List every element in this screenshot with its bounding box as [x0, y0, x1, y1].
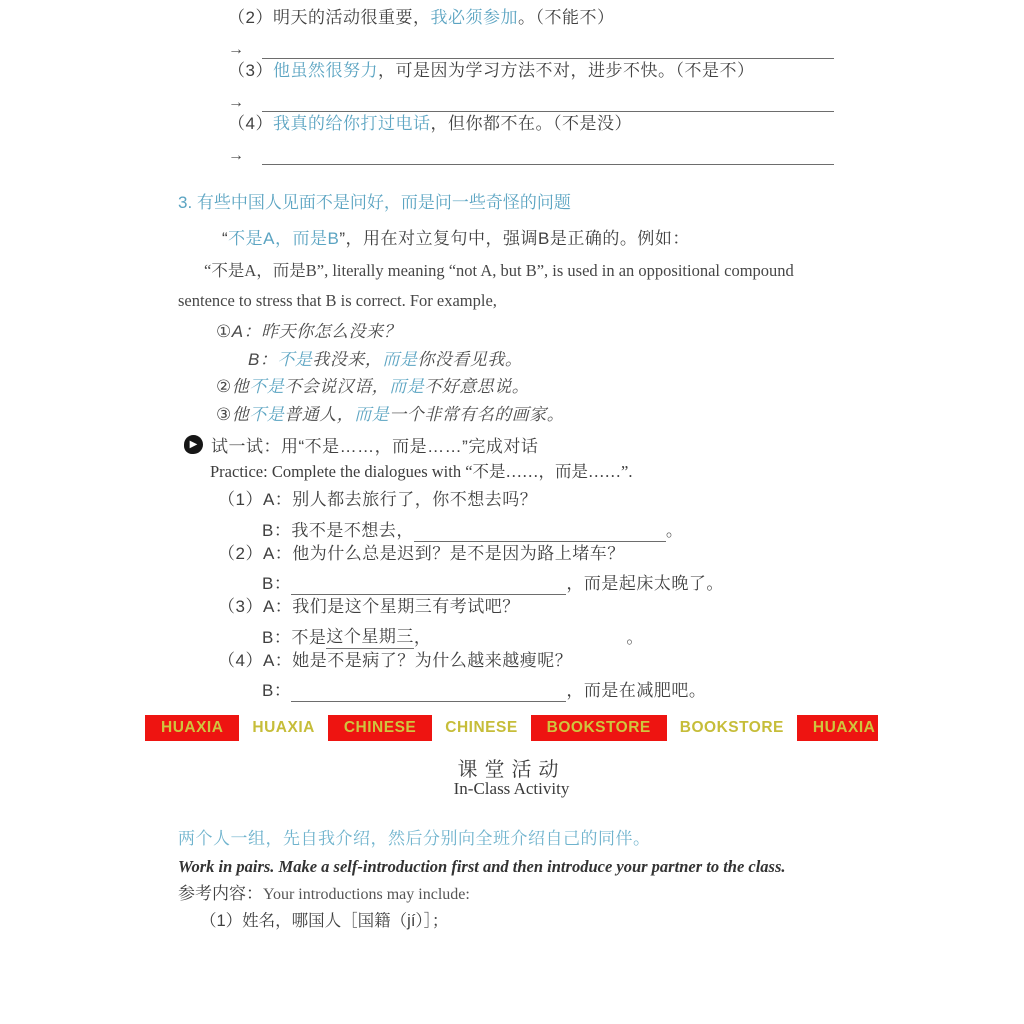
explanation-text: ，用在对立复句中，强调B是正确的。例如：: [346, 229, 690, 248]
answer-blank-row: →: [228, 33, 834, 59]
answer-line: [262, 38, 834, 59]
activity-reference-row: 参考内容：Your introductions may include:: [178, 881, 878, 909]
example-text: 普通人，: [284, 405, 354, 424]
exercise-item: （2）明天的活动很重要，我必须参加。（不能不）: [228, 6, 834, 33]
item-label: （2）: [228, 8, 273, 27]
example-text: 不好意思说。: [424, 377, 529, 396]
answer-text: ，而是起床太晚了。: [566, 573, 724, 595]
dialogue-answer: B：，而是起床太晚了。: [262, 568, 834, 595]
answer-text: B：: [262, 680, 291, 702]
pattern-highlight: 不是: [277, 350, 312, 369]
dialogue-question: （4）A：她是不是病了？为什么越来越瘦呢？: [218, 649, 834, 676]
practice-title-row: ▶ 试一试：用“不是……，而是……”完成对话: [184, 430, 834, 459]
textbook-page-scan: { "colors": { "accent_blue": "#5ba4c2", …: [0, 0, 1024, 1024]
pattern-highlight: 不是: [249, 405, 284, 424]
example-list: ①A：昨天你怎么没来？ B：不是我没来，而是你没看见我。 ②他不是不会说汉语，而…: [178, 320, 846, 430]
example-line: ②他不是不会说汉语，而是不好意思说。: [216, 375, 846, 403]
watermark-item: HUAXIA: [145, 715, 239, 741]
watermark-item: BOOKSTORE: [531, 715, 667, 741]
dialogue-question: （2）A：他为什么总是迟到？是不是因为路上堵车？: [218, 542, 834, 569]
answer-line: [262, 91, 834, 112]
answer-text: B：不是: [262, 627, 326, 649]
answer-text: B：: [262, 573, 291, 595]
reference-label: 参考内容：: [178, 884, 263, 903]
dialogue-answer: B：不是这个星期三，。: [262, 622, 834, 649]
dialogue-question: （3）A：我们是这个星期三有考试吧？: [218, 595, 834, 622]
grammar-explanation-en: “不是A，而是B”, literally meaning “not A, but…: [178, 256, 846, 286]
grammar-point-section: 3. 有些中国人见面不是问好，而是问一些奇怪的问题 “不是A，而是B”，用在对立…: [178, 192, 846, 430]
arrow-icon: →: [228, 94, 262, 112]
activity-title-cn: 课堂活动: [145, 753, 878, 779]
watermark-band: HUAXIA HUAXIA CHINESE CHINESE BOOKSTORE …: [145, 713, 878, 742]
practice-title-cn: 试一试：用“不是……，而是……”完成对话: [211, 432, 538, 457]
exercise-item: （3）他虽然很努力，可是因为学习方法不对，进步不快。（不是不）: [228, 59, 834, 86]
activity-point: （1）姓名，哪国人［国籍（jí）］；: [200, 909, 878, 937]
example-text: ③他: [216, 405, 249, 424]
watermark-item: HUAXIA: [797, 715, 878, 741]
item-highlight: 我必须参加: [430, 8, 518, 27]
pattern-highlight: 不是A，而是B: [228, 229, 339, 248]
watermark-item: CHINESE: [445, 719, 517, 737]
answer-text: ，而是在减肥吧。: [566, 680, 706, 702]
activity-section: 两个人一组，先自我介绍，然后分别向全班介绍自己的同伴。 Work in pair…: [178, 826, 878, 936]
answer-blank-row: →: [228, 86, 834, 112]
reference-text-en: Your introductions may include:: [263, 886, 470, 903]
activity-title-en: In-Class Activity: [145, 779, 878, 803]
exercise-item: （4）我真的给你打过电话，但你都不在。（不是没）: [228, 112, 834, 139]
answer-line: [291, 574, 566, 595]
activity-heading: 课堂活动 In-Class Activity: [145, 753, 878, 803]
activity-instruction-cn: 两个人一组，先自我介绍，然后分别向全班介绍自己的同伴。: [178, 826, 878, 854]
answer-text: 。: [666, 520, 684, 542]
grammar-point-title: 3. 有些中国人见面不是问好，而是问一些奇怪的问题: [178, 192, 846, 226]
example-text: ②他: [216, 377, 249, 396]
dialogue-question: （1）A：别人都去旅行了，你不想去吗？: [218, 488, 834, 515]
grammar-explanation-en: sentence to stress that B is correct. Fo…: [178, 286, 846, 316]
example-line: ③他不是普通人，而是一个非常有名的画家。: [216, 403, 846, 431]
example-line: ①A：昨天你怎么没来？: [216, 320, 846, 348]
practice-section: ▶ 试一试：用“不是……，而是……”完成对话 Practice: Complet…: [184, 430, 834, 702]
item-text: 明天的活动很重要，: [273, 8, 431, 27]
grammar-explanation-cn: “不是A，而是B”，用在对立复句中，强调B是正确的。例如：: [222, 226, 846, 256]
watermark-item: CHINESE: [328, 715, 432, 741]
answer-text: ，: [414, 627, 432, 649]
watermark-item: HUAXIA: [252, 719, 314, 737]
watermark-item: BOOKSTORE: [680, 719, 784, 737]
pattern-highlight: 而是: [382, 350, 417, 369]
example-text: 我没来，: [312, 350, 382, 369]
item-text: 。（不能不）: [518, 8, 615, 27]
example-text: 不会说汉语，: [284, 377, 389, 396]
example-text: 你没看见我。: [417, 350, 522, 369]
pattern-highlight: 不是: [249, 377, 284, 396]
example-text: B：: [248, 350, 277, 369]
dialogue-answer: B：我不是不想去，。: [262, 515, 834, 542]
answer-line: [262, 144, 834, 165]
activity-instruction-en: Work in pairs. Make a self-introduction …: [178, 854, 878, 882]
answer-text: 。: [626, 627, 644, 649]
practice-title-en: Practice: Complete the dialogues with “不…: [210, 459, 834, 488]
dialogue-answer: B：，而是在减肥吧。: [262, 676, 834, 703]
item-text: ，可是因为学习方法不对，进步不快。（不是不）: [378, 61, 755, 80]
item-label: （3）: [228, 61, 273, 80]
answer-blank-row: →: [228, 139, 834, 165]
answer-line: [291, 681, 566, 702]
example-text: 一个非常有名的画家。: [389, 405, 564, 424]
practice-arrow-icon: ▶: [184, 435, 203, 454]
answer-text: B：我不是不想去，: [262, 520, 414, 542]
arrow-icon: →: [228, 147, 262, 165]
pattern-highlight: 而是: [354, 405, 389, 424]
item-label: （4）: [228, 114, 273, 133]
answer-line: [414, 521, 666, 542]
item-highlight: 他虽然很努力: [273, 61, 378, 80]
arrow-icon: →: [228, 41, 262, 59]
transform-exercise: （2）明天的活动很重要，我必须参加。（不能不） → （3）他虽然很努力，可是因为…: [228, 6, 834, 165]
example-line: B：不是我没来，而是你没看见我。: [248, 348, 846, 376]
item-highlight: 我真的给你打过电话: [273, 114, 431, 133]
item-text: ，但你都不在。（不是没）: [430, 114, 632, 133]
pattern-highlight: 而是: [389, 377, 424, 396]
answer-filled: 这个星期三: [326, 626, 414, 649]
